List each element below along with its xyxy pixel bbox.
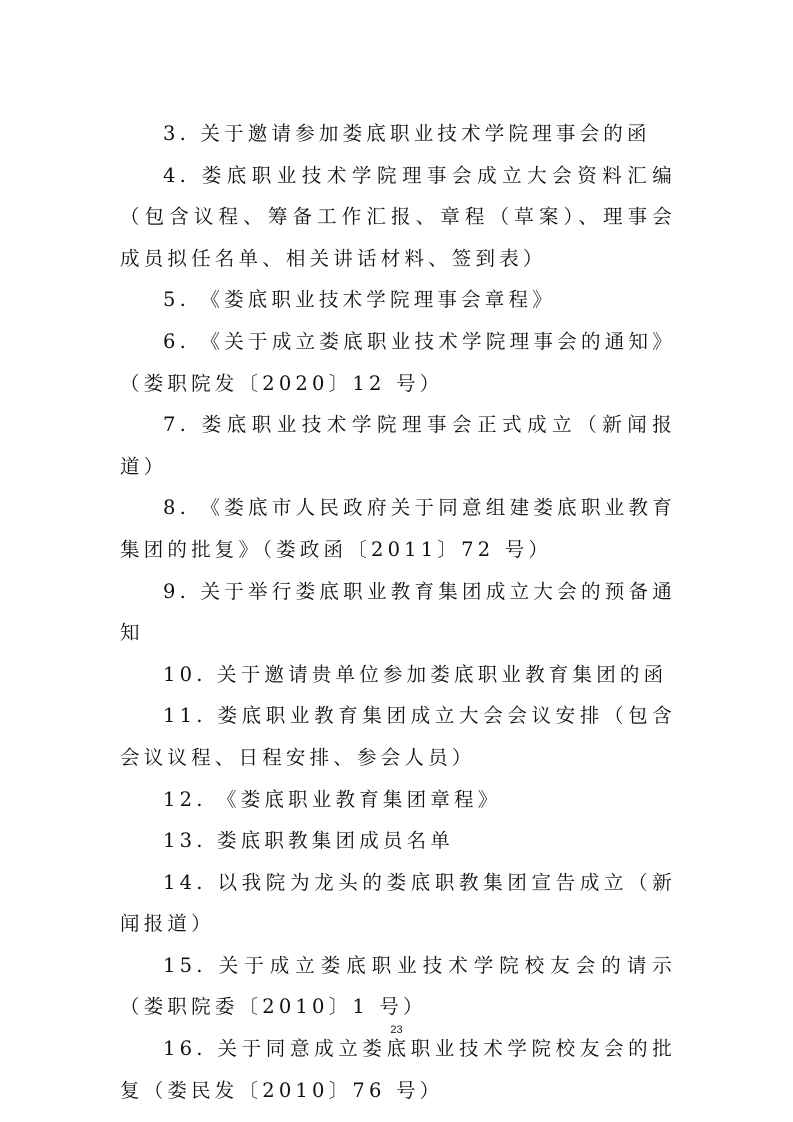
page-number: 23 xyxy=(0,1024,793,1036)
line: 13. 娄底职教集团成员名单 xyxy=(163,829,454,852)
list-item-10: 10. 关于邀请贵单位参加娄底职业教育集团的函 xyxy=(120,654,676,696)
list-item-16: 16. 关于同意成立娄底职业技术学院校友会的批复（娄民发〔2010〕76 号） xyxy=(120,1028,676,1111)
list-item-7: 7. 娄底职业技术学院理事会正式成立（新闻报道） xyxy=(120,404,676,487)
line: 5. 《娄底职业技术学院理事会章程》 xyxy=(163,288,556,311)
line: 委〔2010〕1 号） xyxy=(215,995,427,1018)
list-item-14: 14. 以我院为龙头的娄底职教集团宣告成立（新闻报道） xyxy=(120,862,676,945)
line: 12. 《娄底职业教育集团章程》 xyxy=(163,788,501,811)
list-item-3: 3. 关于邀请参加娄底职业技术学院理事会的函 xyxy=(120,113,676,155)
line: 9. 关于举行娄底职业教育集团成立大会的预备通知 xyxy=(120,580,676,645)
line: 7. 娄底职业技术学院理事会正式成立（新闻报道） xyxy=(120,413,676,478)
line: 的批复》（娄政函〔2011〕72 号） xyxy=(167,538,552,561)
line: 程、日程安排、参会人员） xyxy=(191,746,475,769)
list-item-13: 13. 娄底职教集团成员名单 xyxy=(120,820,676,862)
list-item-5: 5. 《娄底职业技术学院理事会章程》 xyxy=(120,279,676,321)
list-item-15: 15. 关于成立娄底职业技术学院校友会的请示（娄职院委〔2010〕1 号） xyxy=(120,945,676,1028)
line: 相关讲话材料、签到表） xyxy=(286,247,547,270)
line: 道） xyxy=(167,912,214,935)
line: 职院发〔2020〕12 号） xyxy=(167,372,443,395)
list-item-12: 12. 《娄底职业教育集团章程》 xyxy=(120,779,676,821)
line: 10. 关于邀请贵单位参加娄底职业教育集团的函 xyxy=(163,663,667,686)
list-item-6: 6. 《关于成立娄底职业技术学院理事会的通知》（娄职院发〔2020〕12 号） xyxy=(120,321,676,404)
line: 民发〔2010〕76 号） xyxy=(191,1079,443,1102)
list-item-9: 9. 关于举行娄底职业教育集团成立大会的预备通知 xyxy=(120,571,676,654)
line: 3. 关于邀请参加娄底职业技术学院理事会的函 xyxy=(163,122,651,145)
document-page: 3. 关于邀请参加娄底职业技术学院理事会的函 4. 娄底职业技术学院理事会成立大… xyxy=(0,0,793,1122)
list-item-4: 4. 娄底职业技术学院理事会成立大会资料汇编（包含议程、筹备工作汇报、章程（草案… xyxy=(120,155,676,280)
list-item-11: 11. 娄底职业教育集团成立大会会议安排（包含会议议程、日程安排、参会人员） xyxy=(120,695,676,778)
attachment-list: 3. 关于邀请参加娄底职业技术学院理事会的函 4. 娄底职业技术学院理事会成立大… xyxy=(120,113,676,1111)
list-item-8: 8. 《娄底市人民政府关于同意组建娄底职业教育集团的批复》（娄政函〔2011〕7… xyxy=(120,487,676,570)
